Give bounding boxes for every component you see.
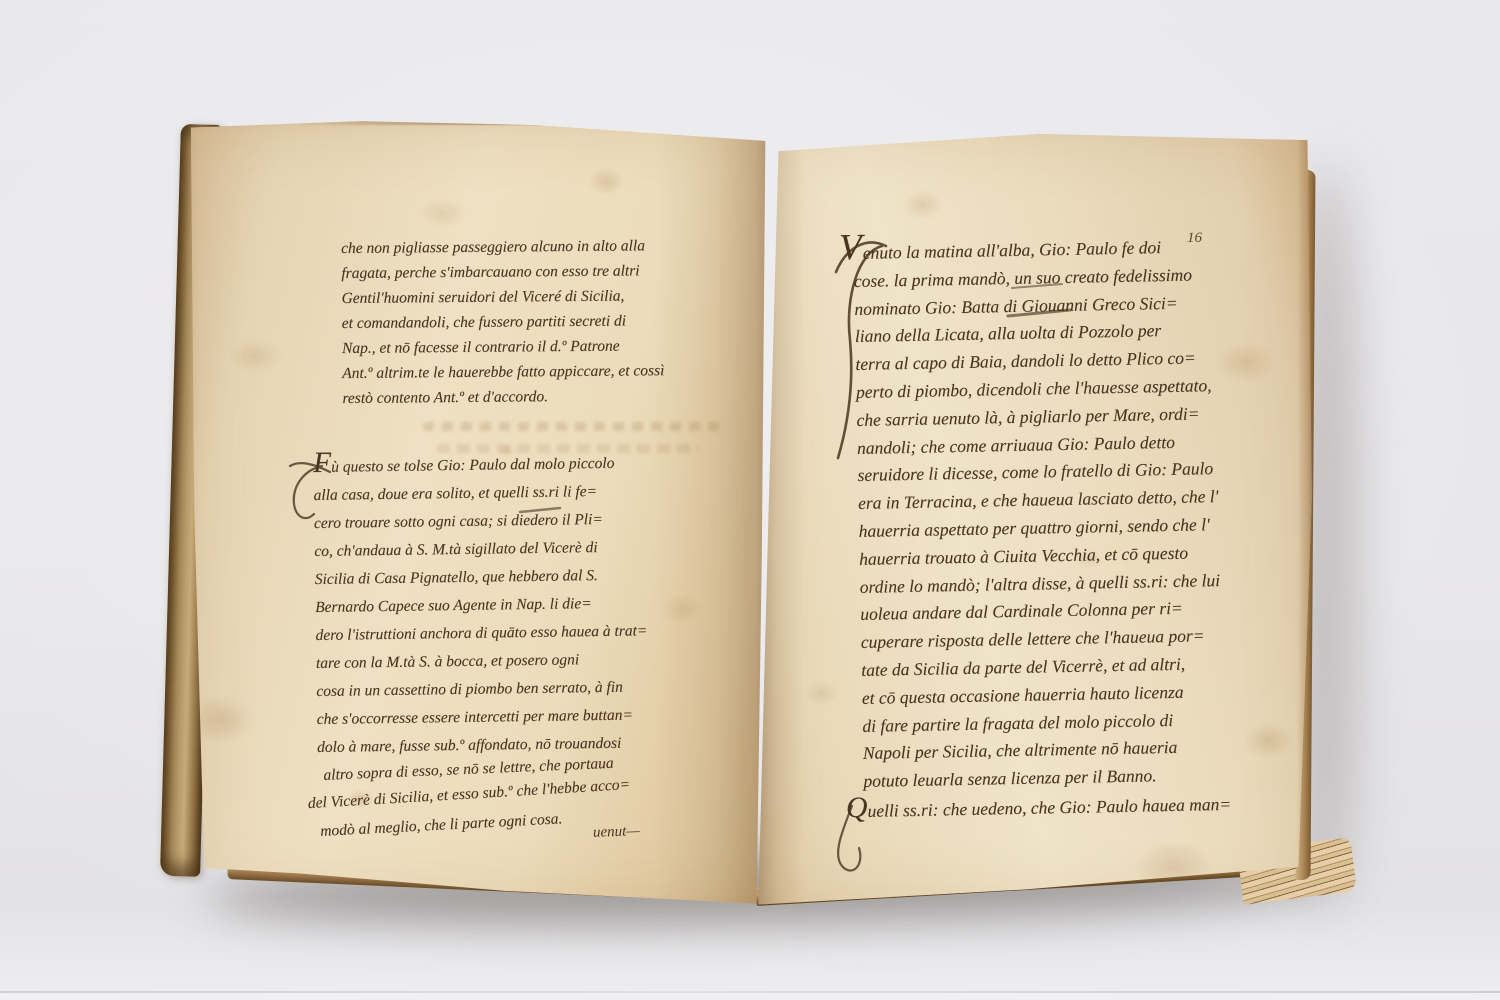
photo-backdrop: che non pigliasse passeggiero alcuno in … <box>0 0 1500 1000</box>
manuscript-line: che non pigliasse passeggiero alcuno in … <box>341 233 663 261</box>
manuscript-line: potuto leuarla senza licenza per il Bann… <box>863 761 1231 796</box>
manuscript-line: Ant.º altrim.te le hauerebbe fatto appic… <box>342 358 664 386</box>
backdrop-lower-strip <box>0 993 1500 1000</box>
bleedthrough-ghost-text <box>423 422 723 431</box>
manuscript-line: Sicilia di Casa Pignatello, que hebbero … <box>315 561 647 594</box>
manuscript-line: Quelli ss.ri: che uedeno, che Gio: Paulo… <box>846 791 1232 826</box>
manuscript-line: Gentil'huomini seruidori del Viceré di S… <box>341 283 663 311</box>
manuscript-line: et comandandoli, che fussero partiti sec… <box>342 308 664 336</box>
manuscript-line: fragata, perche s'imbarcauano con esso t… <box>341 258 663 286</box>
left-page: che non pigliasse passeggiero alcuno in … <box>185 118 770 910</box>
catchword: uenut— <box>593 823 640 842</box>
manuscript-line: dero l'istruttioni anchora di quāto esso… <box>315 617 647 650</box>
right-page-text: Venuto la matina all'alba, Gio: Paulo fe… <box>853 231 1231 826</box>
left-page-paragraph-2: Fù questo se tolse Gio: Paulo dal molo p… <box>313 449 650 846</box>
manuscript-line: Nap., et nō facesse il contrario il d.º … <box>342 333 664 361</box>
manuscript-line: restò contento Ant.º et d'accordo. <box>342 383 664 411</box>
left-page-paragraph-1: che non pigliasse passeggiero alcuno in … <box>341 233 665 411</box>
right-page: 16 Venuto la matina all'alba, Gio: Paulo… <box>755 126 1313 914</box>
